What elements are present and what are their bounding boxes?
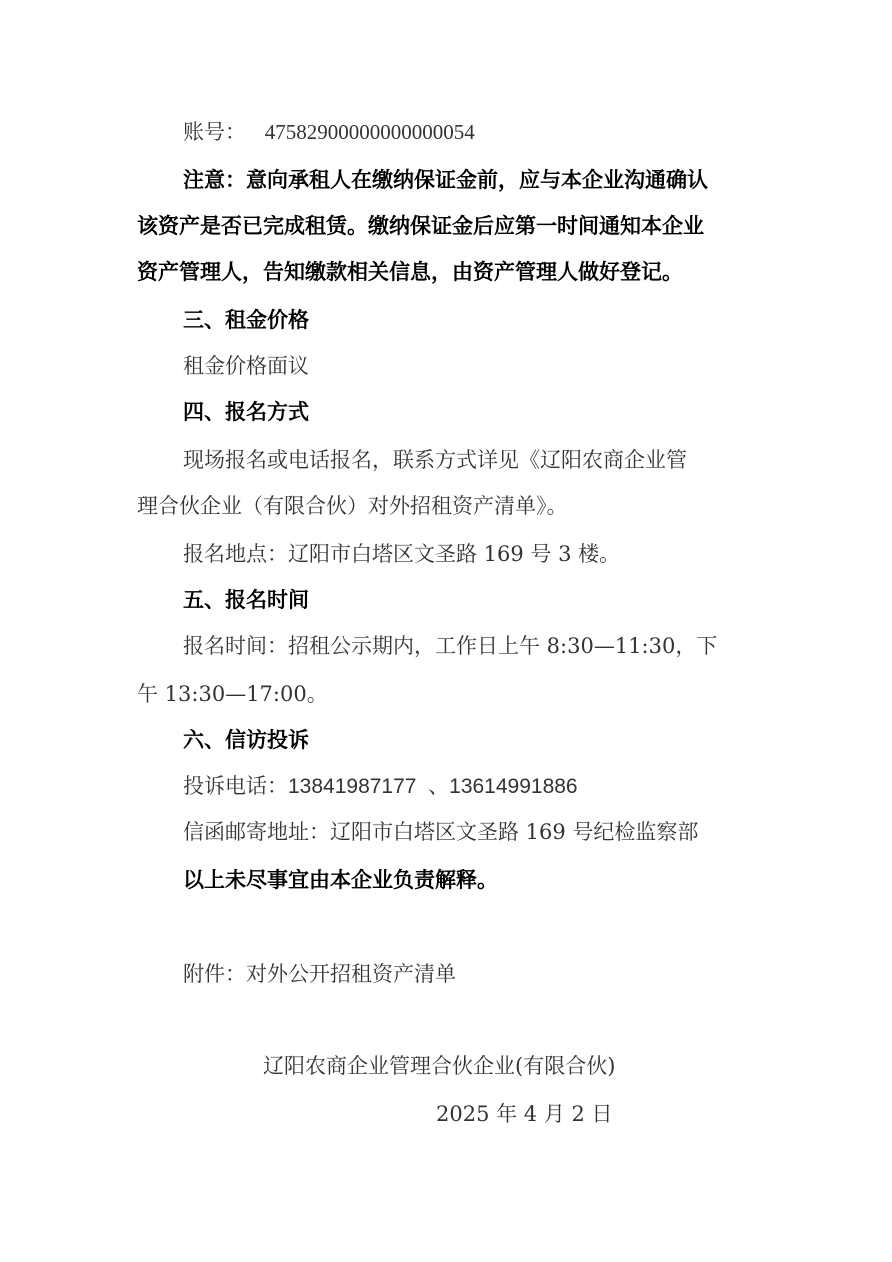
signature-date: 2025 年 4 月 2 日 (436, 1100, 613, 1128)
section-heading-registration-method: 四、报名方式 (183, 398, 309, 426)
account-number: 47582900000000000054 (265, 120, 475, 144)
complaint-phone-numbers: 13841987177 、13614991886 (288, 775, 578, 798)
complaint-phone-label: 投诉电话： (183, 774, 288, 798)
registration-method-line-1: 现场报名或电话报名，联系方式详见《辽阳农商企业管 (183, 446, 687, 474)
registration-location: 报名地点：辽阳市白塔区文圣路 169 号 3 楼。 (183, 540, 620, 568)
account-line: 账号： 47582900000000000054 (183, 118, 475, 146)
complaint-phone-line: 投诉电话：13841987177 、13614991886 (183, 772, 578, 801)
registration-method-line-2: 理合伙企业（有限合伙）对外招租资产清单》。 (137, 492, 568, 520)
registration-time-line-2: 午 13:30—17:00。 (137, 680, 328, 708)
section-heading-complaints: 六、信访投诉 (183, 726, 309, 754)
rent-price-body: 租金价格面议 (183, 352, 309, 380)
notice-line-3: 资产管理人，告知缴款相关信息，由资产管理人做好登记。 (137, 258, 683, 286)
signature-organization: 辽阳农商企业管理合伙企业(有限合伙) (263, 1052, 615, 1080)
registration-time-line-1: 报名时间：招租公示期内，工作日上午 8:30—11:30，下 (183, 632, 717, 660)
section-heading-registration-time: 五、报名时间 (183, 586, 309, 614)
disclaimer: 以上未尽事宜由本企业负责解释。 (183, 866, 498, 894)
attachment-note: 附件：对外公开招租资产清单 (183, 960, 456, 988)
notice-line-2: 该资产是否已完成租赁。缴纳保证金后应第一时间通知本企业 (137, 212, 704, 240)
account-label: 账号： (183, 120, 246, 144)
section-heading-rent-price: 三、租金价格 (183, 306, 309, 334)
notice-line-1: 注意：意向承租人在缴纳保证金前，应与本企业沟通确认 (183, 166, 708, 194)
complaint-mail-address: 信函邮寄地址：辽阳市白塔区文圣路 169 号纪检监察部 (183, 818, 698, 846)
